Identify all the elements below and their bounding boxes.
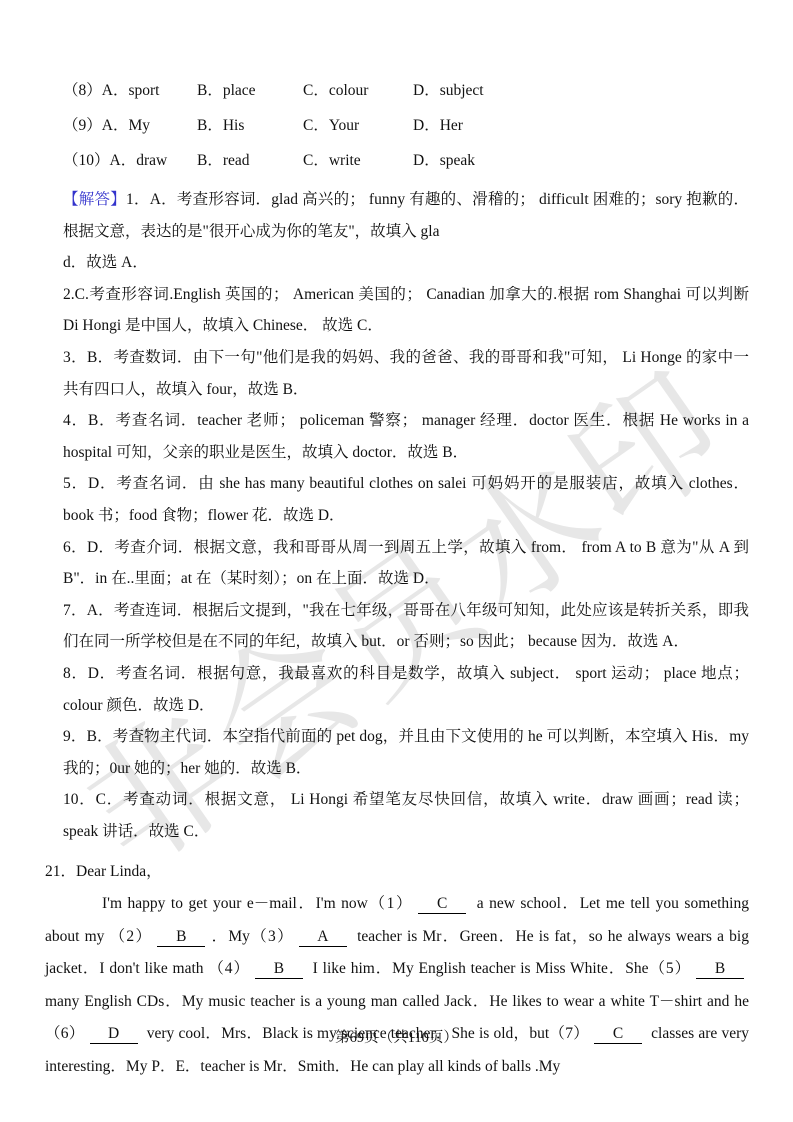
answer-blank: A	[299, 927, 347, 947]
question-21-heading: 21．Dear Linda，	[45, 856, 749, 888]
option-item-a: （8）A．sport	[63, 73, 197, 108]
option-item-d: D．subject	[413, 73, 749, 108]
answer-blank: B	[157, 927, 205, 947]
option-item-c: C．Your	[303, 108, 413, 143]
answer-paragraph: 2.C.考查形容词.English 英国的； American 美国的； Can…	[63, 279, 749, 342]
answer-paragraph: 7．A．考查连词．根据后文提到，"我在七年级，哥哥在八年级可知知，此处应该是转折…	[63, 595, 749, 658]
answer-paragraph: d．故选 A．	[63, 247, 749, 279]
option-item-a: （10）A．draw	[63, 143, 197, 178]
options-row: （8）A．sportB．placeC．colourD．subject	[63, 73, 749, 108]
option-item-b: B．read	[197, 143, 303, 178]
document-content: （8）A．sportB．placeC．colourD．subject（9）A．M…	[63, 73, 749, 1083]
options-block: （8）A．sportB．placeC．colourD．subject（9）A．M…	[63, 73, 749, 178]
letter-text: I'm happy to get your e－mail．I'm now（1）	[102, 895, 413, 912]
answer-blank: B	[255, 959, 303, 979]
option-item-b: B．place	[197, 73, 303, 108]
answer-paragraph: 3．B．考查数词．由下一句"他们是我的妈妈、我的爸爸、我的哥哥和我"可知， Li…	[63, 342, 749, 405]
options-row: （9）A．MyB．HisC．YourD．Her	[63, 108, 749, 143]
answer-paragraph: 8．D．考查名词．根据句意，我最喜欢的科目是数学，故填入 subject． sp…	[63, 658, 749, 721]
option-item-d: D．Her	[413, 108, 749, 143]
answer-section: 【解答】1．A．考查形容词．glad 高兴的； funny 有趣的、滑稽的； d…	[63, 184, 749, 847]
answer-paragraph: 【解答】1．A．考查形容词．glad 高兴的； funny 有趣的、滑稽的； d…	[63, 184, 749, 247]
answer-paragraph: 10．C．考查动词．根据文意， Li Hongi 希望笔友尽快回信，故填入 wr…	[63, 784, 749, 847]
answer-paragraph: 5．D．考查名词．由 she has many beautiful clothe…	[63, 468, 749, 531]
letter-paragraph: I'm happy to get your e－mail．I'm now（1）C…	[45, 888, 749, 1083]
option-item-c: C．colour	[303, 73, 413, 108]
question-number: 21．	[45, 863, 76, 880]
option-item-b: B．His	[197, 108, 303, 143]
question-21: 21．Dear Linda， I'm happy to get your e－m…	[45, 856, 749, 1083]
letter-salutation: Dear Linda，	[76, 863, 162, 880]
answer-label: 【解答】	[63, 191, 126, 208]
letter-text: ．My（3）	[210, 928, 294, 945]
letter-text: I like him．My English teacher is Miss Wh…	[308, 960, 691, 977]
page-footer: 第69页（共110页）	[0, 1026, 793, 1047]
document-page: 非会员水印 （8）A．sportB．placeC．colourD．subject…	[0, 0, 793, 1122]
option-item-d: D．speak	[413, 143, 749, 178]
answer-blank: B	[696, 959, 744, 979]
answer-blank: C	[418, 894, 466, 914]
option-item-a: （9）A．My	[63, 108, 197, 143]
option-item-c: C．write	[303, 143, 413, 178]
answer-paragraph: 4．B．考查名词．teacher 老师； policeman 警察； manag…	[63, 405, 749, 468]
options-row: （10）A．drawB．readC．writeD．speak	[63, 143, 749, 178]
answer-paragraph: 6．D．考查介词．根据文意，我和哥哥从周一到周五上学，故填入 from． fro…	[63, 532, 749, 595]
answer-paragraph: 9．B．考查物主代词．本空指代前面的 pet dog，并且由下文使用的 he 可…	[63, 721, 749, 784]
